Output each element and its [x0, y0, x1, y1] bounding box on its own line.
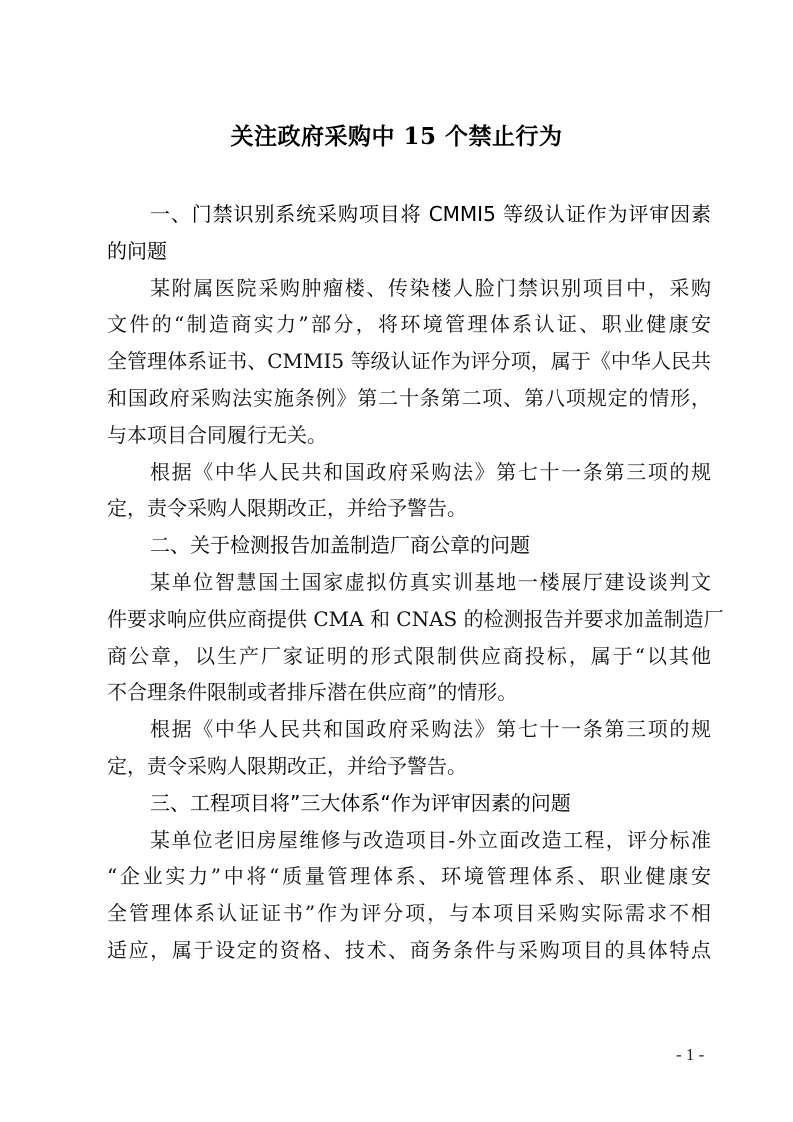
paragraph-line: 全管理体系认证证书”作为评分项，与本项目采购实际需求不相 [107, 895, 711, 932]
paragraph: 某单位老旧房屋维修与改造项目-外立面改造工程，评分标准 “企业实力”中将“质量管… [107, 822, 711, 969]
heading-line: 一、门禁识别系统采购项目将 CMMI5 等级认证作为评审因素 [107, 196, 711, 233]
paragraph-line: 某附属医院采购肿瘤楼、传染楼人脸门禁识别项目中，采购 [107, 270, 711, 307]
paragraph-line: 某单位老旧房屋维修与改造项目-外立面改造工程，评分标准 [107, 822, 711, 859]
paragraph-line: 适应，属于设定的资格、技术、商务条件与采购项目的具体特点 [107, 932, 711, 969]
paragraph-line: 不合理条件限制或者排斥潜在供应商”的情形。 [107, 674, 711, 711]
section-heading-2: 二、关于检测报告加盖制造厂商公章的问题 [107, 527, 711, 564]
paragraph-line: “企业实力”中将“质量管理体系、环境管理体系、职业健康安 [107, 858, 711, 895]
heading-line: 二、关于检测报告加盖制造厂商公章的问题 [107, 527, 711, 564]
paragraph-line: 定，责令采购人限期改正，并给予警告。 [107, 490, 711, 527]
paragraph-line: 和国政府采购法实施条例》第二十条第二项、第八项规定的情形， [107, 380, 711, 417]
paragraph: 某附属医院采购肿瘤楼、传染楼人脸门禁识别项目中，采购 文件的“制造商实力”部分，… [107, 270, 711, 454]
document-body: 一、门禁识别系统采购项目将 CMMI5 等级认证作为评审因素 的问题 某附属医院… [107, 196, 711, 969]
document-title: 关注政府采购中 15 个禁止行为 [0, 118, 793, 151]
paragraph: 根据《中华人民共和国政府采购法》第七十一条第三项的规 定，责令采购人限期改正，并… [107, 711, 711, 785]
heading-line: 三、工程项目将”三大体系“作为评审因素的问题 [107, 785, 711, 822]
paragraph-line: 与本项目合同履行无关。 [107, 417, 711, 454]
paragraph-line: 文件的“制造商实力”部分，将环境管理体系认证、职业健康安 [107, 306, 711, 343]
paragraph: 根据《中华人民共和国政府采购法》第七十一条第三项的规 定，责令采购人限期改正，并… [107, 454, 711, 528]
paragraph-line: 定，责令采购人限期改正，并给予警告。 [107, 748, 711, 785]
paragraph-line: 件要求响应供应商提供 CMA 和 CNAS 的检测报告并要求加盖制造厂 [107, 601, 711, 638]
page-number: - 1 - [676, 1045, 704, 1065]
heading-line: 的问题 [107, 233, 711, 270]
paragraph: 某单位智慧国土国家虚拟仿真实训基地一楼展厅建设谈判文 件要求响应供应商提供 CM… [107, 564, 711, 711]
section-heading-1: 一、门禁识别系统采购项目将 CMMI5 等级认证作为评审因素 的问题 [107, 196, 711, 270]
paragraph-line: 根据《中华人民共和国政府采购法》第七十一条第三项的规 [107, 711, 711, 748]
paragraph-line: 某单位智慧国土国家虚拟仿真实训基地一楼展厅建设谈判文 [107, 564, 711, 601]
paragraph-line: 根据《中华人民共和国政府采购法》第七十一条第三项的规 [107, 454, 711, 491]
document-page: 关注政府采购中 15 个禁止行为 一、门禁识别系统采购项目将 CMMI5 等级认… [0, 0, 793, 1122]
paragraph-line: 全管理体系证书、CMMI5 等级认证作为评分项，属于《中华人民共 [107, 343, 711, 380]
paragraph-line: 商公章，以生产厂家证明的形式限制供应商投标，属于“以其他 [107, 638, 711, 675]
section-heading-3: 三、工程项目将”三大体系“作为评审因素的问题 [107, 785, 711, 822]
